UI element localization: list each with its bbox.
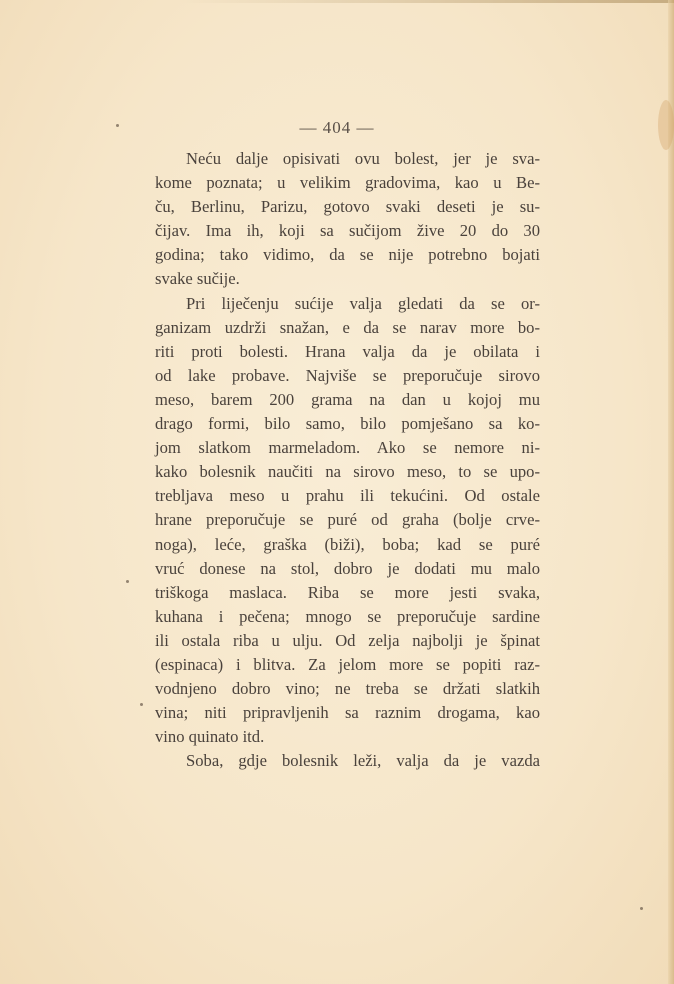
text-line: vina; niti pripravljenih sa raznim droga… [155,701,540,725]
page-top-edge [180,0,674,3]
body-text: Neću dalje opisivati ovu bolest, jer je … [155,147,540,773]
paper-speck [640,907,643,910]
paragraph-3: Soba, gdje bolesnik leži, valja da je va… [155,749,540,773]
text-line: vodnjeno dobro vino; ne treba se držati … [155,677,540,701]
text-line: (espinaca) i blitva. Za jelom more se po… [155,653,540,677]
text-line: noga), leće, graška (biži), boba; kad se… [155,533,540,557]
text-line: od lake probave. Najviše se preporučuje … [155,364,540,388]
text-line: ču, Berlinu, Parizu, gotovo svaki deseti… [155,195,540,219]
text-line: meso, barem 200 grama na dan u kojoj mu [155,388,540,412]
text-line: vino quinato itd. [155,725,540,749]
text-line: jom slatkom marmeladom. Ako se nemore ni… [155,436,540,460]
page-number: — 404 — [0,118,674,138]
text-line: Pri liječenju sućije valja gledati da se… [155,292,540,316]
text-line: hrane preporučuje se puré od graha (bolj… [155,508,540,532]
text-line: ili ostala riba u ulju. Od zelja najbolj… [155,629,540,653]
paper-speck [140,703,143,706]
text-line: riti proti bolesti. Hrana valja da je ob… [155,340,540,364]
text-line: drago formi, bilo samo, bilo pomješano s… [155,412,540,436]
text-line: kako bolesnik naučiti na sirovo meso, to… [155,460,540,484]
paragraph-1: Neću dalje opisivati ovu bolest, jer je … [155,147,540,292]
text-line: Soba, gdje bolesnik leži, valja da je va… [155,749,540,773]
text-line: svake sučije. [155,267,540,291]
paragraph-2: Pri liječenju sućije valja gledati da se… [155,292,540,750]
paper-speck [126,580,129,583]
scanned-book-page: — 404 — Neću dalje opisivati ovu bolest,… [0,0,674,984]
text-line: čijav. Ima ih, koji sa sučijom žive 20 d… [155,219,540,243]
text-line: triškoga maslaca. Riba se more jesti sva… [155,581,540,605]
text-line: kome poznata; u velikim gradovima, kao u… [155,171,540,195]
text-line: ganizam uzdrži snažan, e da se narav mor… [155,316,540,340]
text-line: godina; tako vidimo, da se nije potrebno… [155,243,540,267]
text-line: Neću dalje opisivati ovu bolest, jer je … [155,147,540,171]
text-line: vruć donese na stol, dobro je dodati mu … [155,557,540,581]
text-line: trebljava meso u prahu ili tekućini. Od … [155,484,540,508]
text-line: kuhana i pečena; mnogo se preporučuje sa… [155,605,540,629]
